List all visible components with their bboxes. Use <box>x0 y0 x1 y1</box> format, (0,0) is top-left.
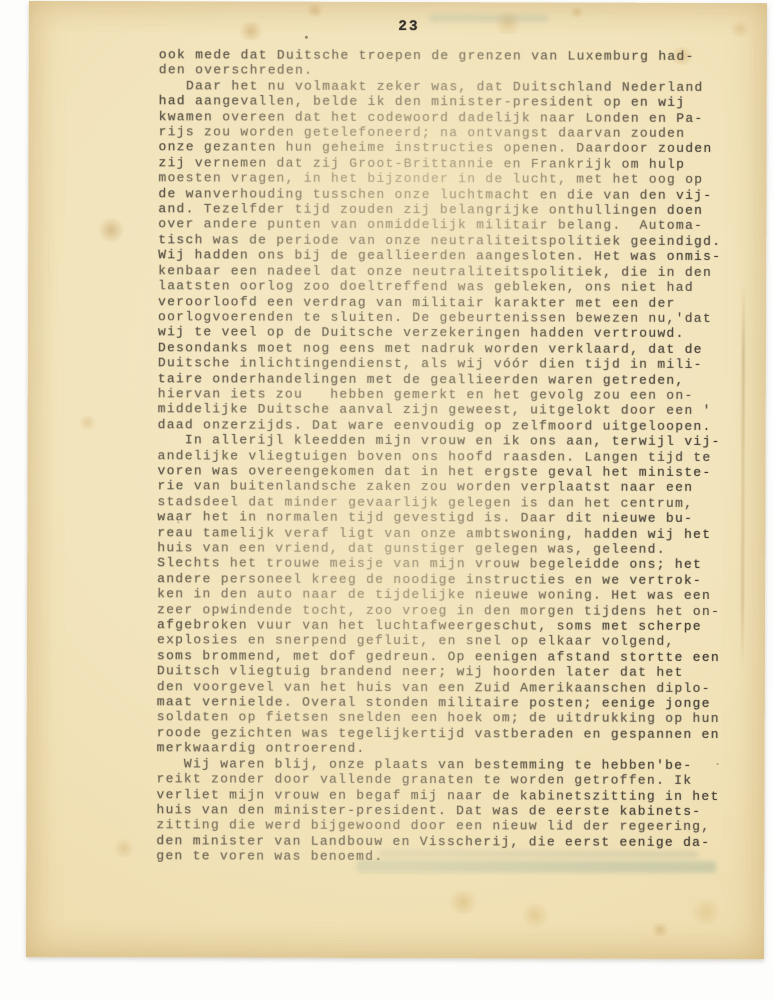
text-line: Wij hadden ons bij de geallieerden aange… <box>158 248 743 265</box>
text-line: afgebroken vuur van het luchtafweergesch… <box>157 617 742 634</box>
text-line: onze gezanten hun geheime instructies op… <box>159 140 744 157</box>
text-line: kwamen overeen dat het codewoord dadelij… <box>159 109 744 126</box>
text-line: moesten vragen, in het bijzonder in de l… <box>158 170 743 187</box>
text-line: veroorloofd een verdrag van militair kar… <box>158 294 743 311</box>
text-line: had aangevallen, belde ik den minister-p… <box>159 93 744 110</box>
stain <box>688 899 724 925</box>
text-line: den overschreden. <box>159 63 744 80</box>
stain <box>96 217 126 243</box>
text-line: oorlogvoerenden te sluiten. De gebeurten… <box>158 309 743 326</box>
text-line: roode gezichten was tegelijkertijd vastb… <box>157 725 742 742</box>
text-line: zij vernemen dat zij Groot-Brittannie en… <box>158 155 743 172</box>
text-line: reau tamelijk veraf ligt van onze ambtsw… <box>157 525 742 542</box>
text-line: laatsten oorlog zoo doeltreffend was geb… <box>158 278 743 295</box>
stain <box>446 890 480 914</box>
text-line: Slechts het trouwe meisje van mijn vrouw… <box>157 556 742 573</box>
text-line: huis van den minister-president. Dat was… <box>156 802 741 819</box>
stain <box>491 12 525 34</box>
text-line: taire onderhandelingen met de geallieerd… <box>158 371 743 388</box>
text-line: reikt zonder door vallende granaten te w… <box>157 771 742 788</box>
text-line: andelijke vliegtuigen boven ons hoofd ra… <box>158 448 743 465</box>
text-line: stadsdeel dat minder gevaarlijk gelegen … <box>157 494 742 511</box>
stain <box>569 7 585 18</box>
text-line: ook mede dat Duitsche troepen de grenzen… <box>159 47 744 64</box>
stain <box>305 4 325 17</box>
text-line: verliet mijn vrouw en begaf mij naar de … <box>156 787 741 804</box>
text-line: middelijke Duitsche aanval zijn geweest,… <box>158 402 743 419</box>
text-line: hiervan iets zou hebben gemerkt en het g… <box>158 386 743 403</box>
text-line: voren was overeengekomen dat in het ergs… <box>158 463 743 480</box>
paper-sheet: 23 ook mede dat Duitsche troepen de gren… <box>26 1 767 959</box>
text-line: over andere punten van onmiddelijk milit… <box>158 217 743 234</box>
stain <box>729 21 751 37</box>
stain <box>237 21 265 40</box>
text-block: ook mede dat Duitsche troepen de grenzen… <box>156 47 744 865</box>
text-line: maat vernielde. Overal stonden militaire… <box>157 694 742 711</box>
text-line: ken in den auto naar de tijdelijke nieuw… <box>157 586 742 603</box>
text-line: daad onzerzijds. Dat ware eenvoudig op z… <box>158 417 743 434</box>
text-line: explosies en snerpend gefluit, en snel o… <box>157 633 742 650</box>
text-line: Wij waren blij, onze plaats van bestemmi… <box>157 756 742 773</box>
text-line: tisch was de periode van onze neutralite… <box>158 232 743 249</box>
text-line: den minister van Landbouw en Visscherij,… <box>156 833 741 850</box>
text-line: Duitsch vliegtuig brandend neer; wij hoo… <box>157 663 742 680</box>
text-line: gen te voren was benoemd. <box>156 848 741 865</box>
text-line: kenbaar een nadeel dat onze neutraliteit… <box>158 263 743 280</box>
text-line: huis van een vriend, dat gunstiger geleg… <box>157 540 742 557</box>
text-line: Daar het nu volmaakt zeker was, dat Duit… <box>159 78 744 95</box>
speck <box>305 36 308 39</box>
text-line: zitting die werd bijgewoond door een nie… <box>156 818 741 835</box>
scanned-page: 23 ook mede dat Duitsche troepen de gren… <box>0 0 773 1000</box>
text-line: den voorgevel van het huis van een Zuid … <box>157 679 742 696</box>
text-line: Desondanks moet nog eens met nadruk word… <box>158 340 743 357</box>
stain <box>112 839 136 857</box>
page-number: 23 <box>329 19 489 36</box>
text-line: rie van buitenlandsche zaken zou worden … <box>157 479 742 496</box>
text-line: merkwaardig ontroerend. <box>157 741 742 758</box>
stain <box>650 923 670 937</box>
text-line: Duitsche inlichtingendienst, als wij vóó… <box>158 355 743 372</box>
text-line: soldaten op fietsen snelden een hoek om;… <box>157 710 742 727</box>
text-line: soms brommend, met dof gedreun. Op eenig… <box>157 648 742 665</box>
text-line: wij te veel op de Duitsche verzekeringen… <box>158 325 743 342</box>
stain <box>522 900 548 930</box>
text-line: de wanverhouding tusschen onze luchtmach… <box>158 186 743 203</box>
text-line: zeer opwindende tocht, zoo vroeg in den … <box>157 602 742 619</box>
text-line: and. Tezelfder tijd zouden zij belangrij… <box>158 201 743 218</box>
text-line: In allerijl kleedden mijn vrouw en ik on… <box>158 432 743 449</box>
text-line: andere personeel kreeg de noodige instru… <box>157 571 742 588</box>
stain <box>78 415 98 430</box>
text-line: rijs zou worden getelefoneerd; na ontvan… <box>159 124 744 141</box>
text-line: waar het in normalen tijd gevestigd is. … <box>157 509 742 526</box>
